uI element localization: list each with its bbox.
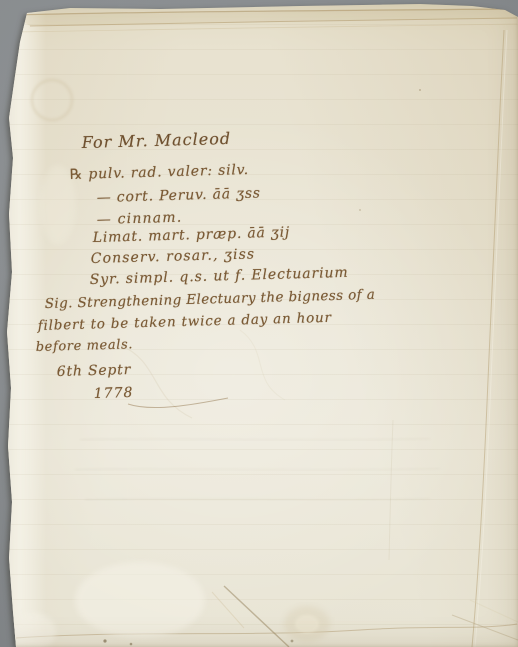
recipe-line-4: Limat. mart. præp. āā ʒij — [93, 224, 291, 246]
date-year-line: 1778 — [94, 385, 134, 402]
recipe-line-5: Conserv. rosar., ʒiss — [91, 246, 256, 267]
handwritten-text-layer: For Mr. Macleod ℞ pulv. rad. valer: silv… — [0, 0, 518, 647]
signetur-line-2: filbert to be taken twice a day an hour — [38, 310, 332, 334]
recipe-line-2: — cort. Peruv. āā ʒss — [97, 185, 261, 206]
signetur-line-1: Sig. Strengthening Electuary the bigness… — [45, 287, 376, 312]
recipe-line-3: — cinnam. — [97, 210, 183, 228]
recipe-line-6: Syr. simpl. q.s. ut f. Electuarium — [90, 265, 349, 288]
paper-shadow-wrapper: For Mr. Macleod ℞ pulv. rad. valer: silv… — [0, 0, 518, 647]
recipe-line-1: ℞ pulv. rad. valer: silv. — [70, 162, 250, 183]
date-day-line: 6th Septr — [57, 362, 132, 380]
recipient-line: For Mr. Macleod — [81, 129, 231, 152]
signetur-line-3: before meals. — [36, 337, 134, 355]
manuscript-paper: For Mr. Macleod ℞ pulv. rad. valer: silv… — [0, 0, 518, 647]
